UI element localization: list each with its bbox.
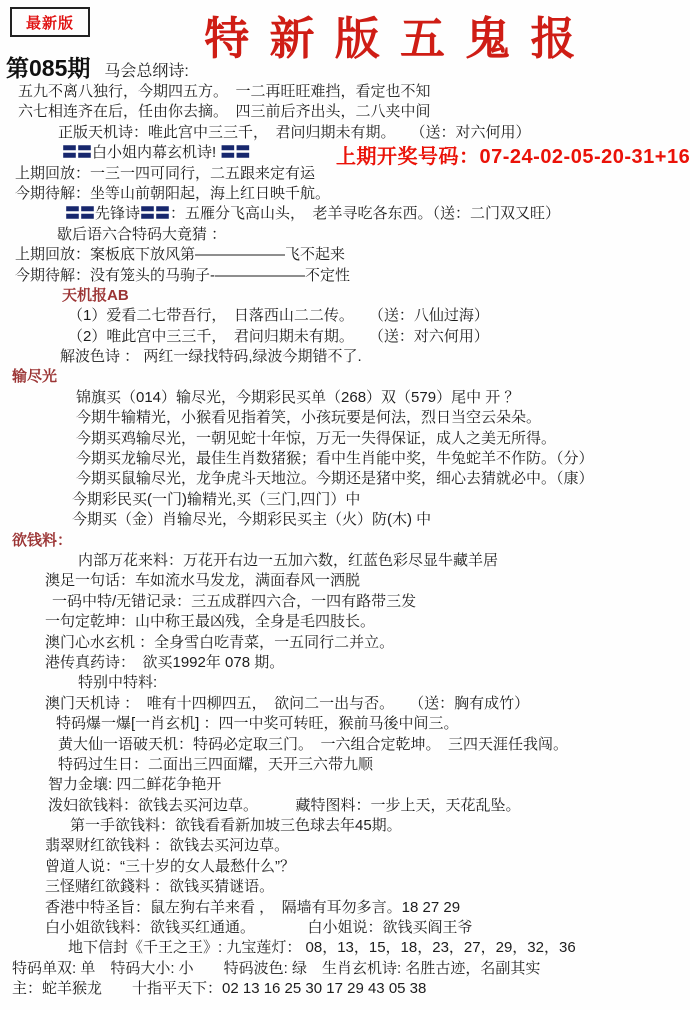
text-segment: 〓〓 — [65, 205, 95, 222]
text-segment: 六七相连齐在后，任由你去摘。 四三前后齐出头，二八夹中间 — [18, 103, 431, 120]
text-segment: 输尽光 — [12, 368, 57, 385]
text-line: 特码爆一爆[一肖玄机] ：四一中奖可转旺，猴前马後中间三。 — [0, 714, 690, 734]
text-segment: 今期彩民买(一门)输精光,买（三门,四门）中 — [72, 491, 360, 508]
text-line: 六七相连齐在后，任由你去摘。 四三前后齐出头，二八夹中间 — [0, 102, 690, 122]
text-segment: 今期牛输精光，小猴看见指着笑，小孩玩要是何法，烈日当空云朵朵。 — [76, 409, 541, 426]
text-line: 欲钱料： — [0, 531, 690, 551]
text-segment: 今期待解：坐等山前朝阳起，海上红日映千航。 — [15, 185, 330, 202]
text-line: 今期买鸡输尽光，一朝见蛇十年惊，万无一失得保证，成人之美无所得。 — [0, 429, 690, 449]
issue-row: 第085期 马会总纲诗: — [6, 50, 189, 83]
text-segment: 锦旗买（014）输尽光，今期彩民买单（268）双（579）尾中 开 ？ — [76, 389, 519, 406]
text-segment: 曾道人说：“三十岁的女人最愁什么”？ — [45, 858, 295, 875]
text-line: 今期牛输精光，小猴看见指着笑，小孩玩要是何法，烈日当空云朵朵。 — [0, 408, 690, 428]
text-segment: 第一手欲钱料：欲钱看看新加坡三色球去年45期。 — [70, 817, 402, 834]
text-line: 今期买（金）肖输尽光，今期彩民买主（火）防(木) 中 — [0, 510, 690, 530]
text-line: 歇后语六合特码大竟猜 ： — [0, 225, 690, 245]
text-segment: 黄大仙一语破天机：特码必定取三门。 一六组合定乾坤。 三四天涯任我闯。 — [58, 736, 568, 753]
text-segment: 今期买龙输尽光，最佳生肖数猪猴；看中生肖能中奖，牛兔蛇羊不作防。（分） — [76, 450, 594, 467]
text-line: 今期待解：没有笼头的马驹子-——————不定性 — [0, 266, 690, 286]
text-line: 香港中特圣旨：鼠左狗右羊来看 ， 隔墙有耳勿多言。18 27 29 — [0, 898, 690, 918]
text-segment: 主：蛇羊猴龙 十指平天下：02 13 16 25 30 17 29 43 05 … — [12, 980, 426, 997]
text-segment: 白小姐欲钱料：欲钱买红通通。 白小姐说：欲钱买阎王爷 — [45, 919, 473, 936]
text-segment: 上期回放：一三一四可同行，二五跟来定有运 — [15, 165, 315, 182]
text-line: 今期彩民买(一门)输精光,买（三门,四门）中 — [0, 490, 690, 510]
text-line: 主：蛇羊猴龙 十指平天下：02 13 16 25 30 17 29 43 05 … — [0, 979, 690, 999]
text-line: 解波色诗 ： 两红一绿找特码,绿波今期错不了. — [0, 347, 690, 367]
text-segment: 特码过生日：二面出三四面耀，天开三六带九顺 — [58, 756, 373, 773]
text-segment: （2）唯此宫中三三千， 君问归期未有期。 （送：对六何用） — [68, 328, 489, 345]
text-line: 泼妇欲钱料：欲钱去买河边草。 藏特图料：一步上天，天花乱坠。 — [0, 796, 690, 816]
latest-edition-badge: 最新版 — [10, 7, 90, 37]
lottery-tip-sheet: 最新版 特新版五鬼报 第085期 马会总纲诗: 上期开奖号码：07-24-02-… — [0, 0, 690, 1010]
text-line: 输尽光 — [0, 367, 690, 387]
text-line: （2）唯此宫中三三千， 君问归期未有期。 （送：对六何用） — [0, 327, 690, 347]
text-line: 今期买鼠输尽光，龙争虎斗天地泣。今期还是猪中奖，细心去猜就必中。（康） — [0, 469, 690, 489]
text-segment: ：五雁分飞高山头， 老羊寻吃各东西。（送：二门双又旺） — [170, 205, 560, 222]
text-line: 白小姐欲钱料：欲钱买红通通。 白小姐说：欲钱买阎王爷 — [0, 918, 690, 938]
text-segment: 一句定乾坤：山中称王最凶残，全身是毛四肢长。 — [45, 613, 375, 630]
text-segment: 特码爆一爆[一肖玄机] ：四一中奖可转旺，猴前马後中间三。 — [56, 715, 459, 732]
text-segment: 特别中特料: — [78, 674, 157, 691]
text-segment: 〓〓 — [220, 144, 250, 161]
text-segment: 解波色诗 ： 两红一绿找特码,绿波今期错不了. — [60, 348, 362, 365]
text-line: 内部万花来料：万花开右边一五加六数，红蓝色彩尽显牛藏羊居 — [0, 551, 690, 571]
text-segment: 一码中特/无错记录：三五成群四六合，一四有路带三发 — [52, 593, 416, 610]
text-line: 澳足一句话：车如流水马发龙，满面春风一洒脱 — [0, 571, 690, 591]
text-segment: 泼妇欲钱料：欲钱去买河边草。 藏特图料：一步上天，天花乱坠。 — [48, 797, 521, 814]
text-line: 天机报AB — [0, 286, 690, 306]
text-line: 地下信封《千王之王》: 九宝莲灯： 08，13，15，18，23，27，29，3… — [0, 938, 690, 958]
text-line: 三怪赌红欲錢料 ：欲钱买猜谜语。 — [0, 877, 690, 897]
text-line: 澳门心水玄机 ：全身雪白吃青菜，一五同行二并立。 — [0, 633, 690, 653]
text-line: （1）爱看二七带吾行， 日落西山二二传。 （送：八仙过海） — [0, 306, 690, 326]
text-segment: 地下信封《千王之王》: 九宝莲灯： 08，13，15，18，23，27，29，3… — [68, 939, 576, 956]
page-title: 特新版五鬼报 — [130, 2, 670, 67]
text-segment: 内部万花来料：万花开右边一五加六数，红蓝色彩尽显牛藏羊居 — [78, 552, 498, 569]
text-line: 今期待解：坐等山前朝阳起，海上红日映千航。 — [0, 184, 690, 204]
text-line: 正版天机诗：唯此宫中三三千， 君问归期未有期。 （送：对六何用） — [0, 123, 690, 143]
text-line: 〓〓先锋诗〓〓：五雁分飞高山头， 老羊寻吃各东西。（送：二门双又旺） — [0, 204, 690, 224]
text-line: 智力金壤: 四二鲜花争艳开 — [0, 775, 690, 795]
text-segment: 今期买鸡输尽光，一朝见蛇十年惊，万无一失得保证，成人之美无所得。 — [76, 430, 556, 447]
text-line: 第一手欲钱料：欲钱看看新加坡三色球去年45期。 — [0, 816, 690, 836]
text-line: 〓〓白小姐内幕玄机诗! 〓〓 — [0, 143, 690, 163]
text-line: 特别中特料: — [0, 673, 690, 693]
text-segment: 正版天机诗：唯此宫中三三千， 君问归期未有期。 （送：对六何用） — [58, 124, 531, 141]
text-segment: 〓〓 — [62, 144, 92, 161]
text-line: 黄大仙一语破天机：特码必定取三门。 一六组合定乾坤。 三四天涯任我闯。 — [0, 735, 690, 755]
issue-number: 第085期 — [6, 50, 90, 83]
text-segment: 澳门天机诗 ： 唯有十四柳四五， 欲问二一出与否。 （送：胸有成竹） — [45, 695, 529, 712]
text-segment: 翡翠财红欲钱料 ：欲钱去买河边草。 — [45, 837, 289, 854]
text-line: 上期回放：一三一四可同行，二五跟来定有运 — [0, 164, 690, 184]
text-line: 特码单双: 单 特码大小: 小 特码波色: 绿 生肖玄机诗: 名胜古迹，名副其实 — [0, 959, 690, 979]
text-segment: 五九不离八独行，今期四五方。 一二再旺旺难挡，看定也不知 — [18, 83, 431, 100]
text-segment: 特码单双: 单 特码大小: 小 特码波色: 绿 生肖玄机诗: 名胜古迹，名副其实 — [12, 960, 540, 977]
text-segment: 欲钱料： — [12, 532, 72, 549]
text-line: 曾道人说：“三十岁的女人最愁什么”？ — [0, 857, 690, 877]
text-line: 今期买龙输尽光，最佳生肖数猪猴；看中生肖能中奖，牛兔蛇羊不作防。（分） — [0, 449, 690, 469]
text-line: 一码中特/无错记录：三五成群四六合，一四有路带三发 — [0, 592, 690, 612]
text-segment: 上期回放：案板底下放风第——————飞不起来 — [15, 246, 345, 263]
text-segment: 歇后语六合特码大竟猜 ： — [57, 226, 226, 243]
content-lines: 五九不离八独行，今期四五方。 一二再旺旺难挡，看定也不知六七相连齐在后，任由你去… — [0, 82, 690, 1000]
text-segment: 香港中特圣旨：鼠左狗右羊来看 ， 隔墙有耳勿多言。18 27 29 — [45, 899, 460, 916]
text-line: 翡翠财红欲钱料 ：欲钱去买河边草。 — [0, 836, 690, 856]
text-line: 锦旗买（014）输尽光，今期彩民买单（268）双（579）尾中 开 ？ — [0, 388, 690, 408]
text-segment: 先锋诗 — [95, 205, 140, 222]
text-line: 澳门天机诗 ： 唯有十四柳四五， 欲问二一出与否。 （送：胸有成竹） — [0, 694, 690, 714]
text-segment: 〓〓 — [140, 205, 170, 222]
text-segment: 今期买鼠输尽光，龙争虎斗天地泣。今期还是猪中奖，细心去猜就必中。（康） — [76, 470, 594, 487]
text-line: 五九不离八独行，今期四五方。 一二再旺旺难挡，看定也不知 — [0, 82, 690, 102]
text-segment: 港传真药诗： 欲买1992年 078 期。 — [45, 654, 284, 671]
text-segment: 澳足一句话：车如流水马发龙，满面春风一洒脱 — [45, 572, 360, 589]
issue-subtitle: 马会总纲诗: — [104, 58, 188, 81]
latest-edition-label: 最新版 — [26, 12, 74, 33]
text-segment: （1）爱看二七带吾行， 日落西山二二传。 （送：八仙过海） — [68, 307, 489, 324]
text-line: 上期回放：案板底下放风第——————飞不起来 — [0, 245, 690, 265]
text-segment: 天机报AB — [62, 287, 129, 304]
text-segment: 今期买（金）肖输尽光，今期彩民买主（火）防(木) 中 — [72, 511, 431, 528]
text-line: 特码过生日：二面出三四面耀，天开三六带九顺 — [0, 755, 690, 775]
text-segment: 白小姐内幕玄机诗! — [92, 144, 220, 161]
text-segment: 智力金壤: 四二鲜花争艳开 — [48, 776, 221, 793]
text-line: 一句定乾坤：山中称王最凶残，全身是毛四肢长。 — [0, 612, 690, 632]
text-segment: 今期待解：没有笼头的马驹子-——————不定性 — [15, 267, 350, 284]
text-segment: 三怪赌红欲錢料 ：欲钱买猜谜语。 — [45, 878, 274, 895]
text-line: 港传真药诗： 欲买1992年 078 期。 — [0, 653, 690, 673]
text-segment: 澳门心水玄机 ：全身雪白吃青菜，一五同行二并立。 — [45, 634, 394, 651]
